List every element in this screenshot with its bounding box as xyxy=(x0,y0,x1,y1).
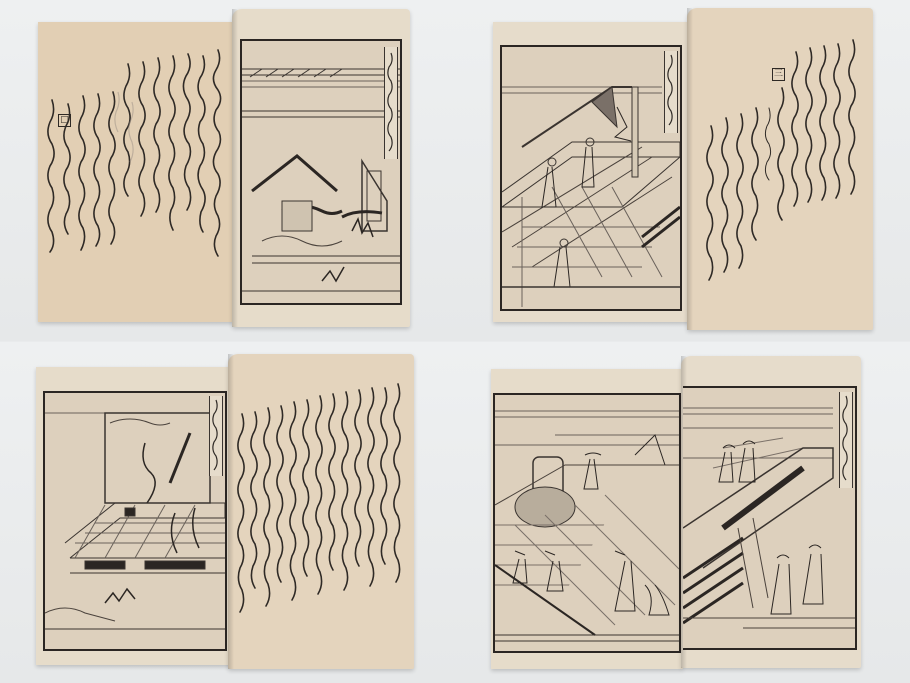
right-page-illustration xyxy=(232,9,410,327)
cursive-text-icon xyxy=(40,42,226,312)
right-page-illustration xyxy=(681,356,861,668)
palace-scene-icon xyxy=(242,41,400,303)
left-page-text: □ xyxy=(38,22,234,322)
section-marker: □ xyxy=(58,114,71,127)
illustration-title-cartouche xyxy=(384,47,398,159)
right-page-text xyxy=(228,354,414,669)
illustration-title-cartouche xyxy=(839,392,853,488)
photo-panel-bottom-right xyxy=(455,342,910,683)
spine-shadow xyxy=(232,9,238,327)
woodblock-illustration xyxy=(500,45,682,311)
woodblock-illustration xyxy=(683,386,857,650)
text-columns xyxy=(234,378,410,658)
veranda-scene-icon xyxy=(45,393,225,649)
pavilion-scene-icon xyxy=(502,47,680,309)
right-page-text: 三 xyxy=(687,8,873,330)
woodblock-illustration xyxy=(493,393,681,653)
illustration-title-cartouche xyxy=(209,396,223,476)
photo-panel-top-right: 三 xyxy=(455,0,910,341)
photo-panel-top-left: □ xyxy=(0,0,455,341)
left-page-illustration xyxy=(36,367,232,665)
woodblock-illustration xyxy=(43,391,227,651)
photo-panel-bottom-left xyxy=(0,342,455,683)
illustration-title-cartouche xyxy=(664,51,678,133)
left-page-illustration xyxy=(493,22,689,322)
audience-hall-scene-icon xyxy=(495,395,679,651)
cursive-text-icon xyxy=(234,378,410,658)
courtyard-scene-icon xyxy=(683,388,855,648)
section-marker: 三 xyxy=(772,68,785,81)
text-columns xyxy=(40,42,226,312)
woodblock-illustration xyxy=(240,39,402,305)
left-page-illustration xyxy=(491,369,683,669)
